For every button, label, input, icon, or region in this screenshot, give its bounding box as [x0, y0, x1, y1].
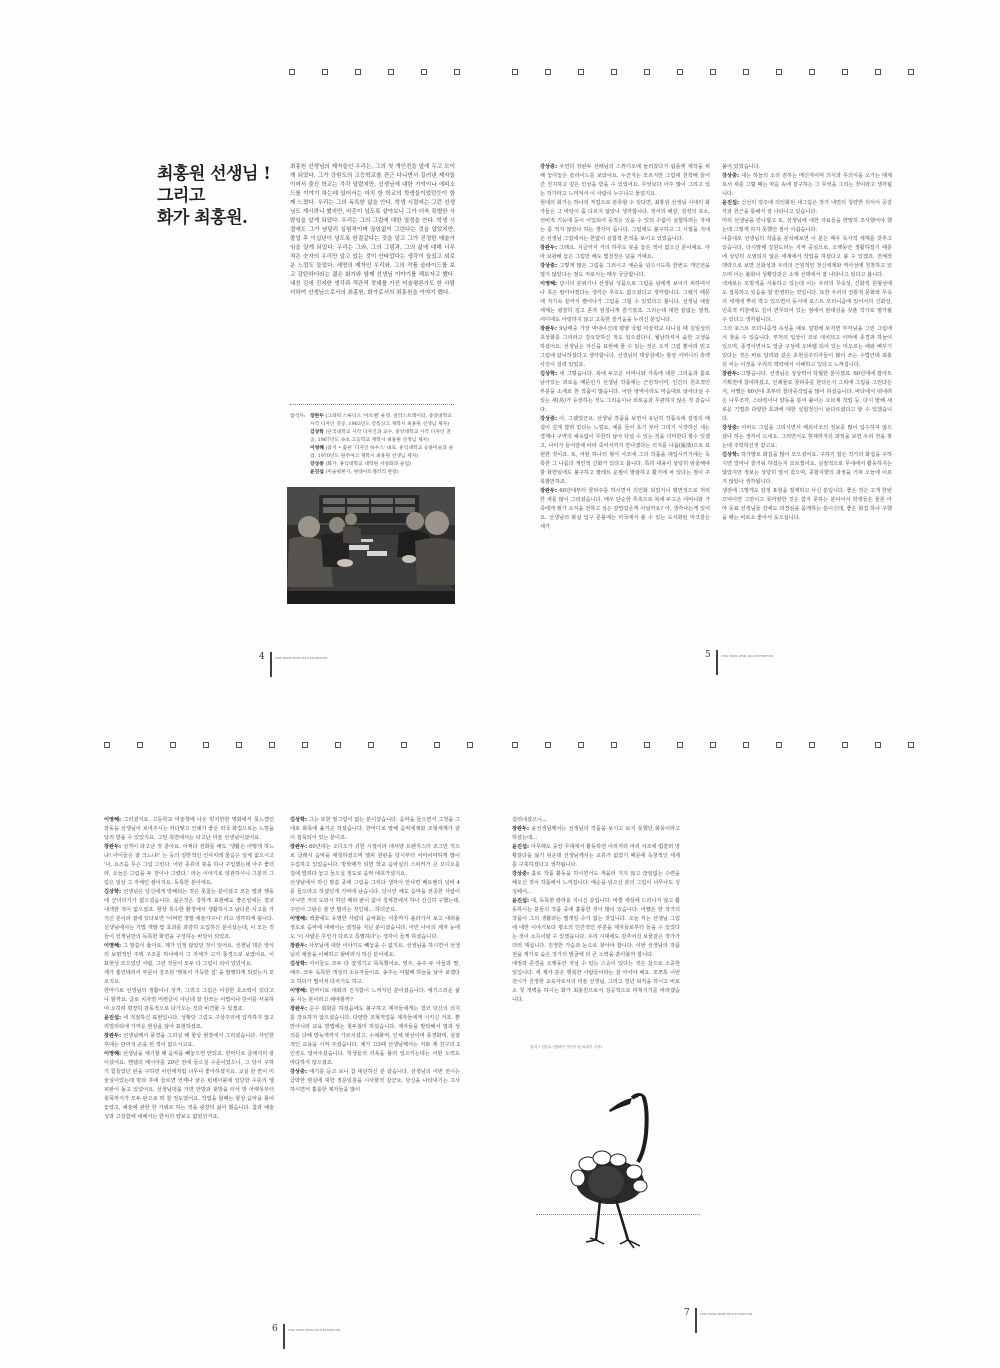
interview-paragraph: 장완두: 60년대부터 콜라주를 하시면서 의인화 되었거나 평면적으로 처리한… [540, 487, 710, 532]
square-marker [710, 742, 716, 748]
speaker-name: 장완두: [104, 1033, 121, 1039]
intro-paragraph: 최홍원 선생님의 제자들인 우리는, 그의 첫 개인전을 앞에 두고 모이게 되… [290, 163, 455, 298]
speaker-name: 장완두: [540, 326, 557, 332]
paragraph-text: 작가별로 화집을 많이 모으셨어요. 구하기 힘든 작가의 화집을 구하시면 얼… [722, 452, 892, 485]
text-column-1: 강상중: 우연히 장완두 선배님의 스튜디오에 놀러갔다가 팜플렛 제작을 위해… [540, 163, 710, 532]
square-marker [578, 742, 584, 748]
square-marker [335, 742, 341, 748]
speaker-name: 강상중: [540, 263, 557, 269]
interview-paragraph: 장완두: 순수 회화를 하셨음에도 불구하고 제자들에게는 결코 당신의 의지를… [290, 1005, 460, 1068]
roundtable-photo [287, 487, 455, 604]
paragraph-text: 현대의 화가는 하나의 직업으로 분류할 수 있다면, 최홍원 선생님 시대의 … [540, 200, 710, 242]
speaker-name: 장완두: [290, 943, 307, 949]
speaker-name: 김상학: [290, 817, 307, 823]
interview-paragraph: 이영혜: 그러셨지요. 고등학교 미술책에 나온 밋지만한 명화에서 못느꼈던 … [104, 816, 274, 843]
speaker-name: 강상중: [290, 1069, 307, 1075]
page-number: 5 [705, 650, 711, 660]
speaker-name: 이영혜: [290, 916, 307, 922]
square-marker [137, 742, 143, 748]
square-marker [322, 69, 328, 75]
square-marker [388, 69, 394, 75]
paragraph-text: 그렇게 많은 그림을 그리시고 예순을 넘으시도록 한번도 개인전을 열지 않았… [540, 263, 710, 278]
photo-illustration [287, 487, 455, 604]
speaker-name: 장완두: [512, 826, 529, 832]
interview-paragraph: 이영혜: 그 말씀이 옳아요. 제가 인정 않았던 것이 있어요. 선생님 댁은… [104, 942, 274, 969]
interview-paragraph: 장완두: 사모님에 대한 이야기도 빼놓을 수 없지요. 선생님을 하시면서 선… [290, 942, 460, 960]
interview-paragraph: 한마디로 선생님의 생활이나 성격, 그리고 그림은 이상한 호소력이 있다고나… [104, 987, 274, 1014]
square-marker [512, 69, 518, 75]
speaker-name: 김상학: [104, 889, 121, 895]
interview-paragraph: 색채로는 오방색을 사용하고 있는데 이는 우리의 무속성, 신화적 원형성에도… [722, 280, 892, 325]
speaker-name: 강상중: [540, 416, 557, 422]
speaker-name: 윤진섭: [722, 200, 739, 206]
title-line-1: 최홍원 선생님 ! [157, 163, 270, 185]
square-marker [776, 742, 782, 748]
page-number: 4 [259, 652, 265, 662]
speaker-name: 이영혜: [104, 817, 121, 823]
paragraph-text: 그의 포스트 모더니즘적 속성을 예로 설명해 보자면 부처님을 그린 그림에서… [722, 326, 892, 368]
footer-label: CHOI HONG WON SOLO EXHIBITION [700, 1313, 752, 1316]
paragraph-text: 60년대부터 콜라주를 하시면서 의인화 되었거나 평면적으로 처리한 새를 많… [540, 488, 710, 530]
paragraph-text: 네 그렇습니다. 북에 두고온 어머니와 가족에 대한 그리움과 홀로 남아있는… [540, 371, 710, 413]
participant-item: 장완두 (그래픽 스튜디오 '아트벨' 운영, 일러스트레이터, 중앙대학교 시… [310, 413, 455, 429]
interview-paragraph: 윤진섭: 네 적절하신 표현입니다. 성황당 그림도 구상주의에 입각하지 않고… [104, 1014, 274, 1032]
square-marker [644, 69, 650, 75]
speaker-name: 이영혜: [104, 943, 121, 949]
interview-paragraph: 강상중: 얘기를 듣고 보니 참 대단하신 분 같습니다. 선생님의 이번 전시… [290, 1068, 460, 1095]
square-markers-row [512, 742, 914, 748]
square-markers-row [512, 69, 914, 75]
speaker-name: 장완두: [540, 245, 557, 251]
square-marker [236, 742, 242, 748]
footer-bar [283, 1324, 285, 1349]
speaker-name: 강상중: [722, 173, 739, 179]
square-marker [434, 742, 440, 748]
speaker-name: 장완두: [722, 371, 739, 377]
square-marker [421, 69, 427, 75]
square-marker [842, 69, 848, 75]
square-marker [842, 742, 848, 748]
paragraph-text: 얘기를 듣고 보니 참 대단하신 분 같습니다. 선생님의 이번 전시는 급박한… [290, 1069, 460, 1093]
participant-item: 윤진섭 (미술평론가, 현대아트갤러리 관장) [310, 469, 455, 477]
participants-label: 참석자: [290, 413, 306, 421]
participant-item: 이영혜 (잡지 • 출판 '디자인 하우스' 대표, 홍익대학교 응용미술과 졸… [310, 445, 455, 461]
speaker-name: 장완두: [104, 844, 121, 850]
interview-paragraph: 장완두: 60년대는 오디오가 귀한 시절이라 대서양 트랜지스터 조그만 것으… [290, 843, 460, 879]
paragraph-text: 한마디로 대화의 진지함이 느껴지던 분이셨습니다. 예기스러운 삶을 사는 분… [290, 988, 460, 1003]
interview-paragraph: 미리 선생님을 만나뵙고 또, 선생님에 대한 자료들을 면밀히 조사했어야 했… [722, 217, 892, 235]
footer-bar [695, 1308, 697, 1333]
speaker-name: 윤진섭: [104, 1015, 121, 1021]
square-marker [776, 69, 782, 75]
speaker-name: 장완두: [540, 488, 557, 494]
paragraph-text: 홀로 작품 활동을 하시면서도 게을러 지지 않고 끊임없는 수련을 해오신 것… [512, 871, 680, 895]
paragraph-text: 아마도 그림을 그리시면서 해외사조의 정보를 많이 입수하지 않으셨나 하는 … [722, 425, 892, 449]
paragraph-text: 순수 회화를 하셨음에도 불구하고 제자들에게는 결코 당신의 의지를 강요하지… [290, 1006, 460, 1066]
speaker-name: 장완두: [290, 1006, 307, 1012]
interview-paragraph: 장완두: 9남매중 가장 막내이신데 평양 국립 미술학교 다니실 때 김일성의… [540, 325, 710, 370]
paragraph-text: 선생님은 당신에게 방해되는 것은 못참는 분이셨고 모든 말과 행동에 군더더… [104, 889, 274, 922]
ostrich-illustration [560, 1090, 680, 1260]
participant-item: 강상중 (화가, 홍익대학교 대학원 서양화과 졸업) [310, 461, 455, 469]
speaker-name: 김상학: [722, 452, 739, 458]
square-marker [908, 69, 914, 75]
paragraph-text: 우연히 장완두 선배님의 스튜디오에 놀러갔다가 팜플렛 제작을 위해 놓아놓은… [540, 164, 710, 197]
interview-paragraph: 강상중: 아마도 그림을 그리시면서 해외사조의 정보를 많이 입수하지 않으셨… [722, 424, 892, 451]
participant-item: 김상학 (단국대학교 시각 디자인과 교수, 중앙대학교 시각 디자인 전공, … [310, 429, 455, 445]
paragraph-text: 애정과 존경을 오랫동안 지닐 수 있는 스승이 있다는 것은 참으로 소중한 … [512, 961, 680, 1003]
square-marker [467, 742, 473, 748]
interview-paragraph: 이영혜: 선생님을 얘기할 때 음악을 빼놓으면 안되죠. 한마디로 클래식의 … [104, 1050, 274, 1122]
square-marker [809, 69, 815, 75]
page-footer: 6 CHOI HONG WON SOLO EXHIBITION [272, 1324, 340, 1349]
paragraph-text: 백꽃에도 유명한 사람의 음악회는 서울까지 올라가서 보고 내려올 정도로 음… [290, 916, 460, 940]
interview-paragraph: 장완두: 그렇습니다. 선생님은 상상력이 탁월한 분이셨죠. 60년대에 팝아… [722, 370, 892, 424]
square-marker [545, 742, 551, 748]
participants-list: 참석자: 장완두 (그래픽 스튜디오 '아트벨' 운영, 일러스트레이터, 중앙… [290, 413, 455, 477]
square-marker [104, 742, 110, 748]
square-marker [578, 69, 584, 75]
interview-paragraph: 김상학: 네 그렇습니다. 북에 두고온 어머니와 가족에 대한 그리움과 홀로… [540, 370, 710, 415]
interview-paragraph: 강상중: 그렇게 많은 그림을 그리시고 예순을 넘으시도록 한번도 개인전을 … [540, 262, 710, 280]
title-line-2: 그리고 [157, 185, 270, 207]
paragraph-text: 네 적절하신 표현입니다. 성황당 그림도 구상주의에 입각하지 않고 리얼리티… [104, 1015, 274, 1030]
footer-label: CHOI HONG WON SOLO EXHIBITION [275, 657, 327, 660]
interview-paragraph: 애정과 존경을 오랫동안 지닐 수 있는 스승이 있다는 것은 참으로 소중한 … [512, 960, 680, 1005]
title-line-3: 화가 최홍원. [157, 207, 270, 229]
paragraph-text: 색채로는 오방색을 사용하고 있는데 이는 우리의 무속성, 신화적 원형성에도… [722, 281, 892, 323]
paragraph-text: 선생님에서는 기법 개발 및 효과를 과감히 도입하신 분이셨는데, 이 모든 … [104, 925, 274, 940]
square-marker [454, 69, 460, 75]
page-5: 강상중: 우연히 장완두 선배님의 스튜디오에 놀러갔다가 팜플렛 제작을 위해… [500, 0, 1000, 684]
paragraph-text: 붙어 있었습니다. [722, 164, 760, 170]
square-marker [355, 69, 361, 75]
square-marker [809, 742, 815, 748]
interview-paragraph: 붙어 있었습니다. [722, 163, 892, 172]
interview-paragraph: 현대의 화가는 하나의 직업으로 분류할 수 있다면, 최홍원 선생님 시대의 … [540, 199, 710, 244]
paragraph-text: 그 말씀이 옳아요. 제가 인정 않았던 것이 있어요. 선생님 댁은 앙식의 … [104, 943, 274, 967]
paragraph-text: 선생님에서 하신 말씀 중에 그림을 그리다 생각이 안나면 베토벤의 넘버 4… [290, 880, 460, 913]
square-marker [302, 742, 308, 748]
paragraph-text: 선생님을 얘기할 때 음악을 빼놓으면 안되죠. 한마디로 클래식의 광이셨어요… [104, 1051, 274, 1120]
speaker-name: 김상학: [540, 371, 557, 377]
interview-paragraph: 이영혜: 한마디로 대화의 진지함이 느껴지던 분이셨습니다. 예기스러운 삶을… [290, 987, 460, 1005]
interview-paragraph: 김상학: 그는 또한 밑그림이 없는 분이셨습니다. 음악을 들으면서 그것을 … [290, 816, 460, 843]
interview-paragraph: 나름대로 선생님의 작품을 분석해보면 이 분은 매우 독자적 세계를 갖추고 … [722, 235, 892, 280]
paragraph-text: 신선의 얼주에 의인화된 새그림은 작가 내면의 청량한 의식이 공감각과 원근… [722, 200, 892, 215]
interview-paragraph: 강상중: 우연히 장완두 선배님의 스튜디오에 놀러갔다가 팜플렛 제작을 위해… [540, 163, 710, 199]
interview-paragraph: 윤진섭: 네, 독특한 캄라를 지니신 분입니다. 바깥 세상에 드러나지 않고… [512, 897, 680, 960]
page-footer: 7 CHOI HONG WON SOLO EXHIBITION [684, 1308, 752, 1333]
interview-paragraph: 강상중: 새는 하늘의 소리 전하는 매신저이며 의식과 무의식을 오가는 매체… [722, 172, 892, 199]
square-marker [875, 69, 881, 75]
square-markers-row [289, 69, 460, 75]
speaker-name: 강상중: [512, 871, 529, 877]
square-marker [368, 742, 374, 748]
speaker-name: 강상중: [540, 164, 557, 170]
square-marker [677, 742, 683, 748]
interview-paragraph: 그의 포스트 모더니즘적 속성을 예로 설명해 보자면 부처님을 그린 그림에서… [722, 325, 892, 370]
paragraph-text: 나름대로 선생님의 작품을 분석해보면 이 분은 매우 독자적 세계를 갖추고 … [722, 236, 892, 278]
speaker-name: 이영혜: [540, 281, 557, 287]
page-number: 6 [272, 1324, 278, 1334]
square-marker [170, 742, 176, 748]
footer-bar [716, 650, 718, 675]
footer-label: CHOI HONG WON SOLO EXHIBITION [288, 1329, 340, 1332]
interview-paragraph: 선생님에서는 기법 개발 및 효과를 과감히 도입하신 분이셨는데, 이 모든 … [104, 924, 274, 942]
paragraph-text: 60년대는 오디오가 귀한 시절이라 대서양 트랜지스터 조그만 것으로 클래식… [290, 844, 460, 877]
paragraph-text: 그러셨지요. 고등학교 미술책에 나온 밋지만한 명화에서 못느꼈던 감동을 선… [104, 817, 274, 841]
interview-paragraph: 김상학: 작가별로 화집을 많이 모으셨어요. 구하기 힘든 작가의 화집을 구… [722, 451, 892, 487]
interview-paragraph: 선생님에서 하신 말씀 중에 그림을 그리다 생각이 안나면 베토벤의 넘버 4… [290, 879, 460, 915]
editor-credit: 정리 • 김문수 (행복이 가득한 집 외판부 기자) [530, 1045, 602, 1050]
paragraph-text: 사모님에 대한 이야기도 빼놓을 수 없지요. 선생님을 하시면서 선생님의 예… [290, 943, 460, 958]
paragraph-text: 당시의 분위기나 선생님 성품으로 그림을 남에게 보이기 위하여서나 혹은 팔… [540, 281, 710, 323]
interview-paragraph: 제가 홈인테리어 부문이 강조된 '행복이 가득한 집' 을 발행하게 되었는지… [104, 969, 274, 987]
square-marker [677, 69, 683, 75]
speaker-name: 이영혜: [104, 1051, 121, 1057]
speaker-name: 장완두: [290, 844, 307, 850]
speaker-name: 윤진섭: [512, 844, 529, 850]
square-marker [512, 742, 518, 748]
interview-paragraph: 강상중: 홀로 작품 활동을 하시면서도 게을러 지지 않고 끊임없는 수련을 … [512, 870, 680, 897]
paragraph-text: 그래요. 지금까지 거의 하루도 붓을 놓은 적이 없으신 분이예요. 아마 보… [540, 245, 710, 260]
paragraph-text: 그렇습니다. 선생님은 상상력이 탁월한 분이셨죠. 60년대에 팝아트 기획전… [722, 371, 892, 422]
paragraph-text: 길러내셨으니... [512, 817, 547, 823]
paragraph-text: 성격이 타고난 것 같아요. 어쩌다 전화를 해도 '생활은 어떻게 하느냐! … [104, 844, 274, 886]
square-marker [401, 742, 407, 748]
interview-paragraph: 김상학: 아이들도 모두 다 잘생기고 똑똑했어요. 영주, 송주 두 아들과 … [290, 960, 460, 987]
interview-paragraph: 장완두: 성격이 타고난 것 같아요. 어쩌다 전화를 해도 '생활은 어떻게 … [104, 843, 274, 888]
speaker-name: 강상중: [722, 425, 739, 431]
footer-bar [270, 652, 272, 677]
paragraph-text: 아, 그랬었군요. 선생님 작품을 보면서 유난히 작품속에 감정의 배설이 깊… [540, 416, 710, 485]
square-markers-row [104, 742, 473, 748]
paragraph-text: 그는 또한 밑그림이 없는 분이셨습니다. 음악을 들으면서 그것을 그대로 화… [290, 817, 460, 841]
interview-paragraph: 생전에 그렇게도 감정 표현을 절제하고 사신 분입니다. 좋은 것은 고개 한… [722, 487, 892, 523]
square-marker [289, 69, 295, 75]
speaker-name: 윤진섭: [512, 898, 529, 904]
speaker-name: 김상학: [290, 961, 307, 967]
text-column-2: 김상학: 그는 또한 밑그림이 없는 분이셨습니다. 음악을 들으면서 그것을 … [290, 816, 460, 1095]
paragraph-text: 새는 하늘의 소리 전하는 매신저이며 의식과 무의식을 오가는 매체로서 새를… [722, 173, 892, 197]
page-footer: 4 CHOI HONG WON SOLO EXHIBITION [259, 652, 327, 677]
interview-paragraph: 장완두: 선생님께서 풍경을 그리실 때 항상 현장에서 그리셨습니다. 사인한… [104, 1032, 274, 1050]
page-7: 길러내셨으니...장완두: 윤선생님께서는 선생님의 작품을 보시고 보지 못했… [500, 684, 1000, 1368]
paragraph-text: 아이들도 모두 다 잘생기고 똑똑했어요. 영주, 송주 두 아들과 딸, 배주… [290, 961, 460, 985]
square-marker [743, 69, 749, 75]
interview-paragraph: 윤진섭: 신선의 얼주에 의인화된 새그림은 작가 내면의 청량한 의식이 공감… [722, 199, 892, 217]
paragraph-text: 생전에 그렇게도 감정 표현을 절제하고 사신 분입니다. 좋은 것은 고개 한… [722, 488, 892, 521]
square-marker [203, 742, 209, 748]
interview-paragraph: 길러내셨으니... [512, 816, 680, 825]
paragraph-text: 네, 독특한 캄라를 지니신 분입니다. 바깥 세상에 드러나지 않고 활동하시… [512, 898, 680, 958]
speaker-name: 이영혜: [290, 988, 307, 994]
article-title: 최홍원 선생님 ! 그리고 화가 최홍원. [157, 163, 270, 229]
square-marker [269, 742, 275, 748]
page-number: 7 [684, 1308, 690, 1318]
dotted-divider [290, 404, 454, 405]
square-marker [908, 742, 914, 748]
text-column-2: 붙어 있었습니다.강상중: 새는 하늘의 소리 전하는 매신저이며 의식과 무의… [722, 163, 892, 523]
text-column-1: 길러내셨으니...장완두: 윤선생님께서는 선생님의 작품을 보시고 보지 못했… [512, 816, 680, 1005]
paragraph-text: 아무래도 중앙 무대에서 활동하면 이리저리 여러 사조에 휩쓸려 방황갈다을 … [512, 844, 680, 868]
interview-paragraph: 윤진섭: 아무래도 중앙 무대에서 활동하면 이리저리 여러 사조에 휩쓸려 방… [512, 843, 680, 870]
paragraph-text: 9남매중 가장 막내이신데 평양 국립 미술학교 다니실 때 김일성의 초상화를… [540, 326, 710, 368]
paragraph-text: 윤선생님께서는 선생님의 작품을 보시고 보지 못했던 화풍이라고 하셨는데..… [512, 826, 680, 841]
square-marker [875, 742, 881, 748]
square-marker [644, 742, 650, 748]
interview-paragraph: 강상중: 아, 그랬었군요. 선생님 작품을 보면서 유난히 작품속에 감정의 … [540, 415, 710, 487]
interview-paragraph: 이영혜: 백꽃에도 유명한 사람의 음악회는 서울까지 올라가서 보고 내려올 … [290, 915, 460, 942]
page-4: 최홍원 선생님 ! 그리고 화가 최홍원. 최홍원 선생님의 제자들인 우리는,… [0, 0, 500, 684]
square-marker [545, 69, 551, 75]
paragraph-text: 제가 홈인테리어 부문이 강조된 '행복이 가득한 집' 을 발행하게 되었는지… [104, 970, 274, 985]
square-marker [710, 69, 716, 75]
square-marker [743, 742, 749, 748]
paragraph-text: 선생님께서 풍경을 그리실 때 항상 현장에서 그리셨습니다. 사인한 후에는 … [104, 1033, 274, 1048]
interview-paragraph: 장완두: 그래요. 지금까지 거의 하루도 붓을 놓은 적이 없으신 분이예요.… [540, 244, 710, 262]
page-footer: 5 CHOI HONG WON SOLO EXHIBITION [705, 650, 773, 675]
interview-paragraph: 김상학: 선생님은 당신에게 방해되는 것은 못참는 분이셨고 모든 말과 행동… [104, 888, 274, 924]
footer-label: CHOI HONG WON SOLO EXHIBITION [721, 655, 773, 658]
interview-paragraph: 이영혜: 당시의 분위기나 선생님 성품으로 그림을 남에게 보이기 위하여서나… [540, 280, 710, 325]
interview-paragraph: 장완두: 윤선생님께서는 선생님의 작품을 보시고 보지 못했던 화풍이라고 하… [512, 825, 680, 843]
paragraph-text: 한마디로 선생님의 생활이나 성격, 그리고 그림은 이상한 호소력이 있다고나… [104, 988, 274, 1012]
page-6: 이영혜: 그러셨지요. 고등학교 미술책에 나온 밋지만한 명화에서 못느꼈던 … [0, 684, 500, 1368]
square-marker [611, 742, 617, 748]
square-marker [611, 69, 617, 75]
paragraph-text: 미리 선생님을 만나뵙고 또, 선생님에 대한 자료들을 면밀히 조사했어야 했… [722, 218, 892, 233]
text-column-1: 이영혜: 그러셨지요. 고등학교 미술책에 나온 밋지만한 명화에서 못느꼈던 … [104, 816, 274, 1122]
